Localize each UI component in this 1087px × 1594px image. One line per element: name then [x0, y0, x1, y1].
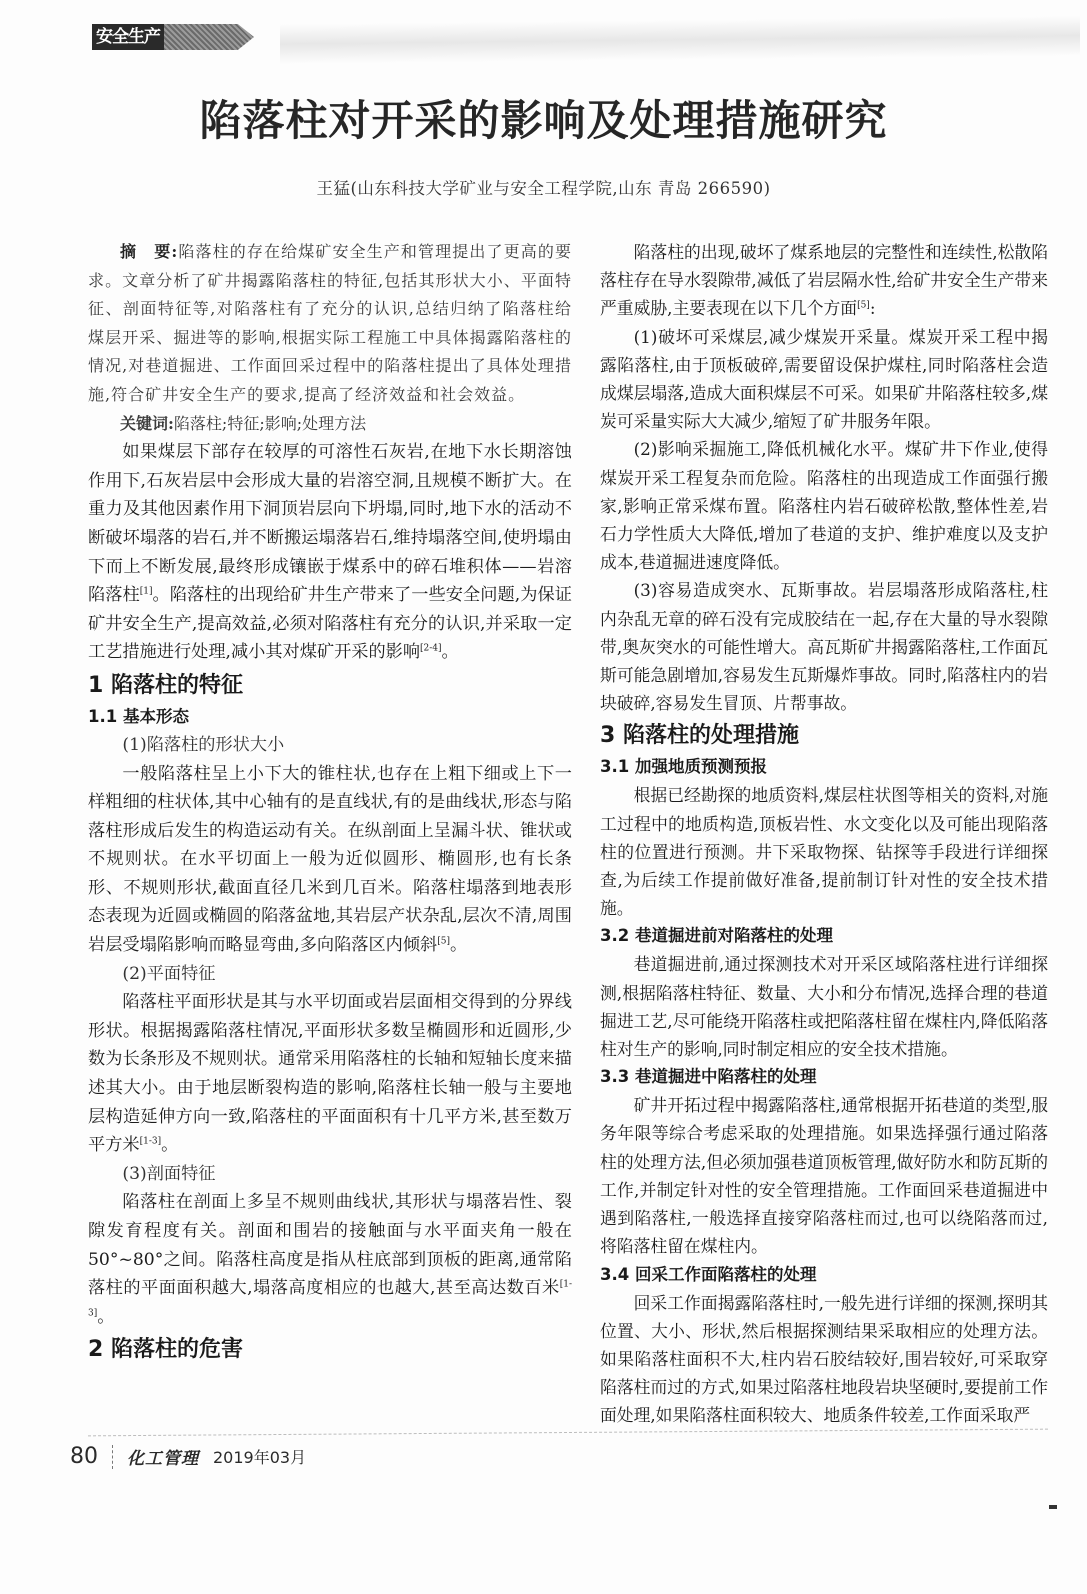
item-paragraph: 一般陷落柱呈上小下大的锥柱状,也存在上粗下细或上下一样粗细的柱状体,其中心轴有的… [88, 760, 572, 960]
banner-arrow-icon [164, 24, 254, 50]
hazard-item: (2)影响采掘施工,降低机械化水平。煤矿井下作业,使得煤炭开采工程复杂而危险。陷… [600, 435, 1048, 576]
item-paragraph: 陷落柱平面形状是其与水平切面或岩层面相交得到的分界线形状。根据揭露陷落柱情况,平… [88, 988, 572, 1160]
citation: [2-4] [420, 644, 442, 654]
scan-margin-mark [1049, 1505, 1057, 1509]
section-banner: 安全生产 [92, 24, 282, 50]
item-label: (1)陷落柱的形状大小 [88, 731, 572, 760]
citation: [1] [140, 586, 153, 596]
subsection-heading-3-3: 3.3 巷道掘进中陷落柱的处理 [600, 1063, 1048, 1091]
subsection-paragraph: 巷道掘进前,通过探测技术对开采区域陷落柱进行详细探测,根据陷落柱特征、数量、大小… [600, 950, 1048, 1063]
section-heading-1: 1 陷落柱的特征 [88, 669, 572, 703]
item-paragraph: 陷落柱在剖面上多呈不规则曲线状,其形状与塌落岩性、裂隙发育程度有关。剖面和围岩的… [88, 1188, 572, 1331]
journal-name: 化工管理 [127, 1444, 199, 1469]
item-label: (2)平面特征 [88, 960, 572, 989]
hazard-item: (3)容易造成突水、瓦斯事故。岩层塌落形成陷落柱,柱内杂乱无章的碎石没有完成胶结… [600, 576, 1048, 717]
scan-shading [280, 16, 1080, 64]
subsection-heading-3-1: 3.1 加强地质预测预报 [600, 753, 1048, 781]
subsection-paragraph: 回采工作面揭露陷落柱时,一般先进行详细的探测,探明其位置、大小、形状,然后根据探… [600, 1289, 1048, 1430]
subsection-heading-1-1: 1.1 基本形态 [88, 703, 572, 731]
item-label: (3)剖面特征 [88, 1160, 572, 1189]
author-affiliation: 王猛(山东科技大学矿业与安全工程学院,山东 青岛 266590) [0, 175, 1087, 199]
article-title: 陷落柱对开采的影响及处理措施研究 [0, 88, 1087, 148]
page-footer: 80 化工管理 2019年03月 [70, 1444, 306, 1469]
subsection-heading-3-4: 3.4 回采工作面陷落柱的处理 [600, 1261, 1048, 1289]
footer-rule [88, 1429, 1048, 1437]
subsection-heading-3-2: 3.2 巷道掘进前对陷落柱的处理 [600, 922, 1048, 950]
citation: [5] [857, 301, 870, 311]
footer-divider [112, 1445, 113, 1469]
keywords-text: 陷落柱;特征;影响;处理方法 [174, 414, 366, 433]
intro-paragraph: 如果煤层下部存在较厚的可溶性石灰岩,在地下水长期溶蚀作用下,石灰岩层中会形成大量… [88, 438, 572, 667]
section-heading-2: 2 陷落柱的危害 [88, 1333, 572, 1367]
left-column: 摘 要:陷落柱的存在给煤矿安全生产和管理提出了更高的要求。文章分析了矿井揭露陷落… [88, 238, 572, 1367]
section-heading-3: 3 陷落柱的处理措施 [600, 719, 1048, 753]
keywords: 关键词:陷落柱;特征;影响;处理方法 [88, 410, 572, 439]
issue-date: 2019年03月 [213, 1445, 306, 1468]
hazard-item: (1)破坏可采煤层,减少煤炭开采量。煤炭开采工程中揭露陷落柱,由于顶板破碎,需要… [600, 323, 1048, 436]
abstract-text: 陷落柱的存在给煤矿安全生产和管理提出了更高的要求。文章分析了矿井揭露陷落柱的特征… [88, 242, 572, 404]
subsection-paragraph: 根据已经勘探的地质资料,煤层柱状图等相关的资料,对施工过程中的地质构造,顶板岩性… [600, 781, 1048, 922]
section2-intro: 陷落柱的出现,破坏了煤系地层的完整性和连续性,松散陷落柱存在导水裂隙带,减低了岩… [600, 238, 1048, 323]
right-column: 陷落柱的出现,破坏了煤系地层的完整性和连续性,松散陷落柱存在导水裂隙带,减低了岩… [600, 238, 1048, 1430]
citation: [5] [437, 936, 450, 946]
abstract: 摘 要:陷落柱的存在给煤矿安全生产和管理提出了更高的要求。文章分析了矿井揭露陷落… [88, 238, 572, 410]
abstract-label: 摘 要: [120, 242, 178, 261]
keywords-label: 关键词: [120, 414, 174, 433]
page-number: 80 [70, 1444, 98, 1469]
section-banner-label: 安全生产 [92, 24, 164, 50]
citation: [1-3] [140, 1136, 162, 1146]
subsection-paragraph: 矿井开拓过程中揭露陷落柱,通常根据开拓巷道的类型,服务年限等综合考虑采取的处理措… [600, 1091, 1048, 1260]
